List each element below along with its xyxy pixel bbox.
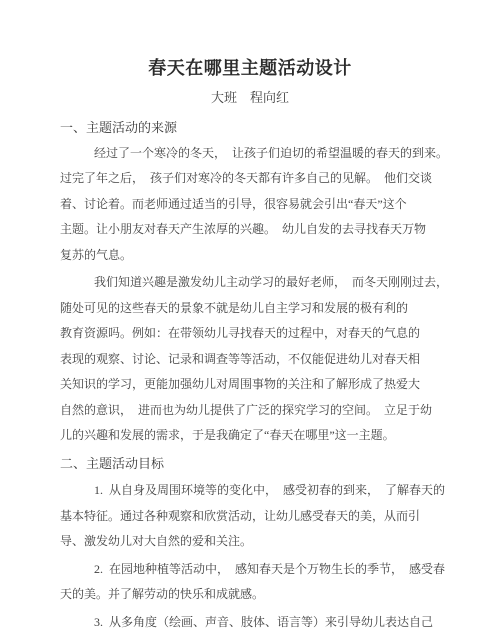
text-line: 导、激发幼儿对大自然的爱和关注。 bbox=[60, 529, 442, 555]
document-byline: 大班 程向红 bbox=[0, 89, 500, 107]
text-line: 随处可见的这些春天的景象不就是幼儿自主学习和发展的极有利的 bbox=[60, 296, 442, 322]
section-2-heading: 二、主题活动目标 bbox=[60, 451, 442, 477]
text-line: 过完了年之后， 孩子们对寒冷的冬天都有许多自己的见解。 他们交谈 bbox=[60, 166, 442, 192]
text-line: 1. 从自身及周围环境等的变化中， 感受初春的到来， 了解春天的 bbox=[60, 478, 442, 504]
document-title: 春天在哪里主题活动设计 bbox=[0, 55, 500, 81]
text-line: 儿的兴趣和发展的需求，于是我确定了“春天在哪里”这一主题。 bbox=[60, 423, 442, 449]
text-line: 表现的观察、讨论、记录和调查等等活动，不仅能促进幼儿对春天相 bbox=[60, 347, 442, 373]
paragraph-1: 经过了一个寒冷的冬天， 让孩子们迫切的希望温暖的春天的到来。 过完了年之后， 孩… bbox=[60, 141, 442, 269]
text-line: 3. 从多角度（绘画、声音、肢体、语言等）来引导幼儿表达自己 bbox=[60, 610, 442, 636]
text-line: 着、讨论着。而老师通过适当的引导，很容易就会引出“春天”这个 bbox=[60, 192, 442, 218]
text-line: 复苏的气息。 bbox=[60, 243, 442, 269]
goal-item-1: 1. 从自身及周围环境等的变化中， 感受初春的到来， 了解春天的 基本特征。通过… bbox=[60, 478, 442, 555]
text-line: 天的美。并了解劳动的快乐和成就感。 bbox=[60, 582, 442, 608]
text-line: 我们知道兴趣是激发幼儿主动学习的最好老师， 而冬天刚刚过去， bbox=[60, 270, 442, 296]
goal-item-2: 2. 在园地种植等活动中， 感知春天是个万物生长的季节， 感受春 天的美。并了解… bbox=[60, 557, 442, 608]
section-1-heading: 一、主题活动的来源 bbox=[60, 115, 442, 141]
text-line: 2. 在园地种植等活动中， 感知春天是个万物生长的季节， 感受春 bbox=[60, 557, 442, 583]
text-line: 基本特征。通过各种观察和欣赏活动，让幼儿感受春天的美，从而引 bbox=[60, 504, 442, 530]
text-line: 经过了一个寒冷的冬天， 让孩子们迫切的希望温暖的春天的到来。 bbox=[60, 141, 442, 167]
goal-item-3: 3. 从多角度（绘画、声音、肢体、语言等）来引导幼儿表达自己 bbox=[60, 610, 442, 636]
text-line: 主题。让小朋友对春天产生浓厚的兴趣。 幼儿自发的去寻找春天万物 bbox=[60, 217, 442, 243]
text-line: 自然的意识， 进而也为幼儿提供了广泛的探究学习的空间。 立足于幼 bbox=[60, 398, 442, 424]
text-line: 教育资源吗。例如：在带领幼儿寻找春天的过程中，对春天的气息的 bbox=[60, 321, 442, 347]
document-body: 一、主题活动的来源 经过了一个寒冷的冬天， 让孩子们迫切的希望温暖的春天的到来。… bbox=[0, 115, 500, 635]
paragraph-2: 我们知道兴趣是激发幼儿主动学习的最好老师， 而冬天刚刚过去， 随处可见的这些春天… bbox=[60, 270, 442, 449]
text-line: 关知识的学习，更能加强幼儿对周围事物的关注和了解形成了热爱大 bbox=[60, 372, 442, 398]
document-page: 春天在哪里主题活动设计 大班 程向红 一、主题活动的来源 经过了一个寒冷的冬天，… bbox=[0, 0, 500, 637]
